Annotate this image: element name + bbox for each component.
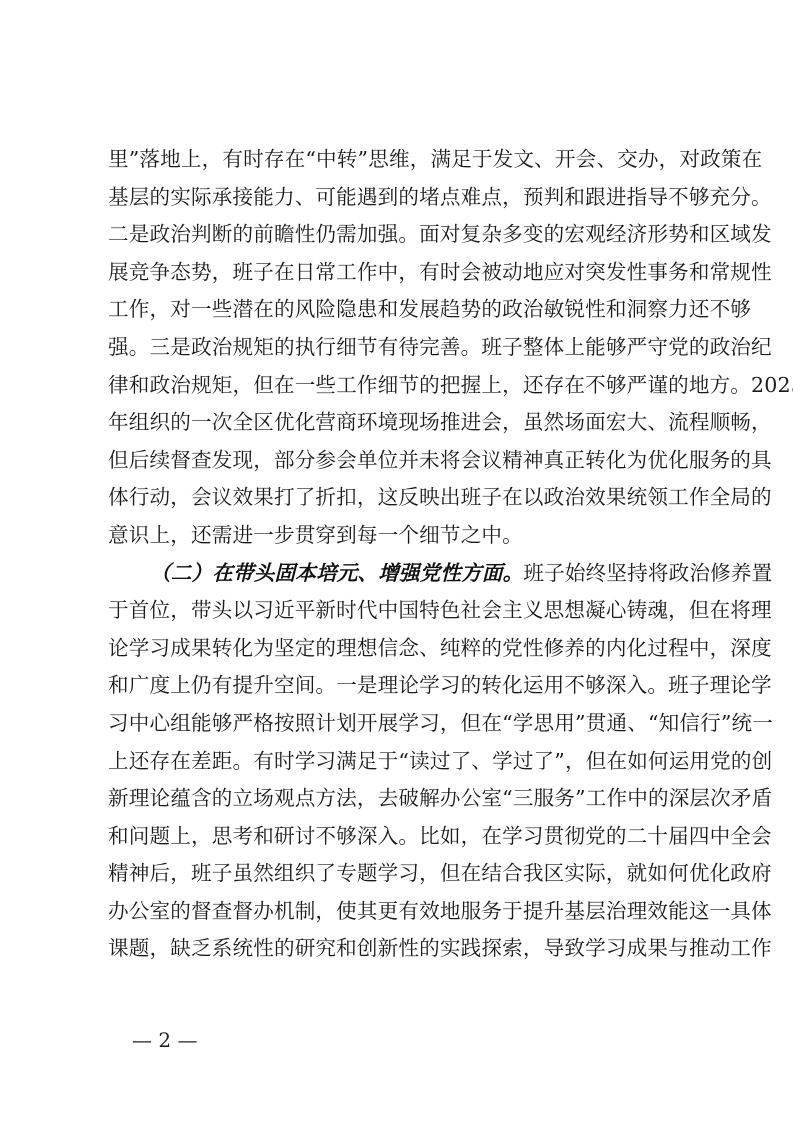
text-line: 新理论蕴含的立场观点方法，去破解办公室“三服务”工作中的深层次矛盾 [108, 780, 692, 818]
section-heading-line: （二）在带头固本培元、增强党性方面。班子始终坚持将政治修养置 [108, 555, 692, 593]
text-line: 论学习成果转化为坚定的理想信念、纯粹的党性修养的内化过程中，深度 [108, 630, 692, 668]
text-line: 基层的实际承接能力、可能遇到的堵点难点，预判和跟进指导不够充分。 [108, 179, 692, 217]
text-line: 展竞争态势，班子在日常工作中，有时会被动地应对突发性事务和常规性 [108, 254, 692, 292]
text-line: 意识上，还需进一步贯穿到每一个细节之中。 [108, 517, 692, 555]
text-line: 里”落地上，有时存在“中转”思维，满足于发文、开会、交办，对政策在 [108, 141, 692, 179]
section-heading: （二）在带头固本培元、增强党性方面。 [150, 561, 523, 585]
section-heading-rest: 班子始终坚持将政治修养置 [523, 561, 772, 585]
text-line: 于首位，带头以习近平新时代中国特色社会主义思想凝心铸魂，但在将理 [108, 592, 692, 630]
text-line: 办公室的督查督办机制，使其更有效地服务于提升基层治理效能这一具体 [108, 893, 692, 931]
text-line: 体行动，会议效果打了折扣，这反映出班子在以政治效果统领工作全局的 [108, 479, 692, 517]
text-line: 工作，对一些潜在的风险隐患和发展趋势的政治敏锐性和洞察力还不够 [108, 291, 692, 329]
text-line: 课题，缺乏系统性的研究和创新性的实践探索，导致学习成果与推动工作 [108, 930, 692, 968]
text-line: 但后续督查发现，部分参会单位并未将会议精神真正转化为优化服务的具 [108, 442, 692, 480]
text-line: 律和政治规矩，但在一些工作细节的把握上，还存在不够严谨的地方。2025 [108, 367, 692, 405]
text-line: 和问题上，思考和研讨不够深入。比如，在学习贯彻党的二十届四中全会 [108, 818, 692, 856]
text-line: 和广度上仍有提升空间。一是理论学习的转化运用不够深入。班子理论学 [108, 667, 692, 705]
text-line: 强。三是政治规矩的执行细节有待完善。班子整体上能够严守党的政治纪 [108, 329, 692, 367]
document-page: 里”落地上，有时存在“中转”思维，满足于发文、开会、交办，对政策在 基层的实际承… [0, 0, 793, 1122]
text-line: 习中心组能够严格按照计划开展学习，但在“学思用”贯通、“知信行”统一 [108, 705, 692, 743]
text-line: 年组织的一次全区优化营商环境现场推进会，虽然场面宏大、流程顺畅， [108, 404, 692, 442]
text-line: 二是政治判断的前瞻性仍需加强。面对复杂多变的宏观经济形势和区域发 [108, 216, 692, 254]
text-line: 上还存在差距。有时学习满足于“读过了、学过了”，但在如何运用党的创 [108, 743, 692, 781]
document-body: 里”落地上，有时存在“中转”思维，满足于发文、开会、交办，对政策在 基层的实际承… [108, 141, 692, 968]
text-line: 精神后，班子虽然组织了专题学习，但在结合我区实际，就如何优化政府 [108, 855, 692, 893]
page-number: — 2 — [132, 1028, 197, 1052]
